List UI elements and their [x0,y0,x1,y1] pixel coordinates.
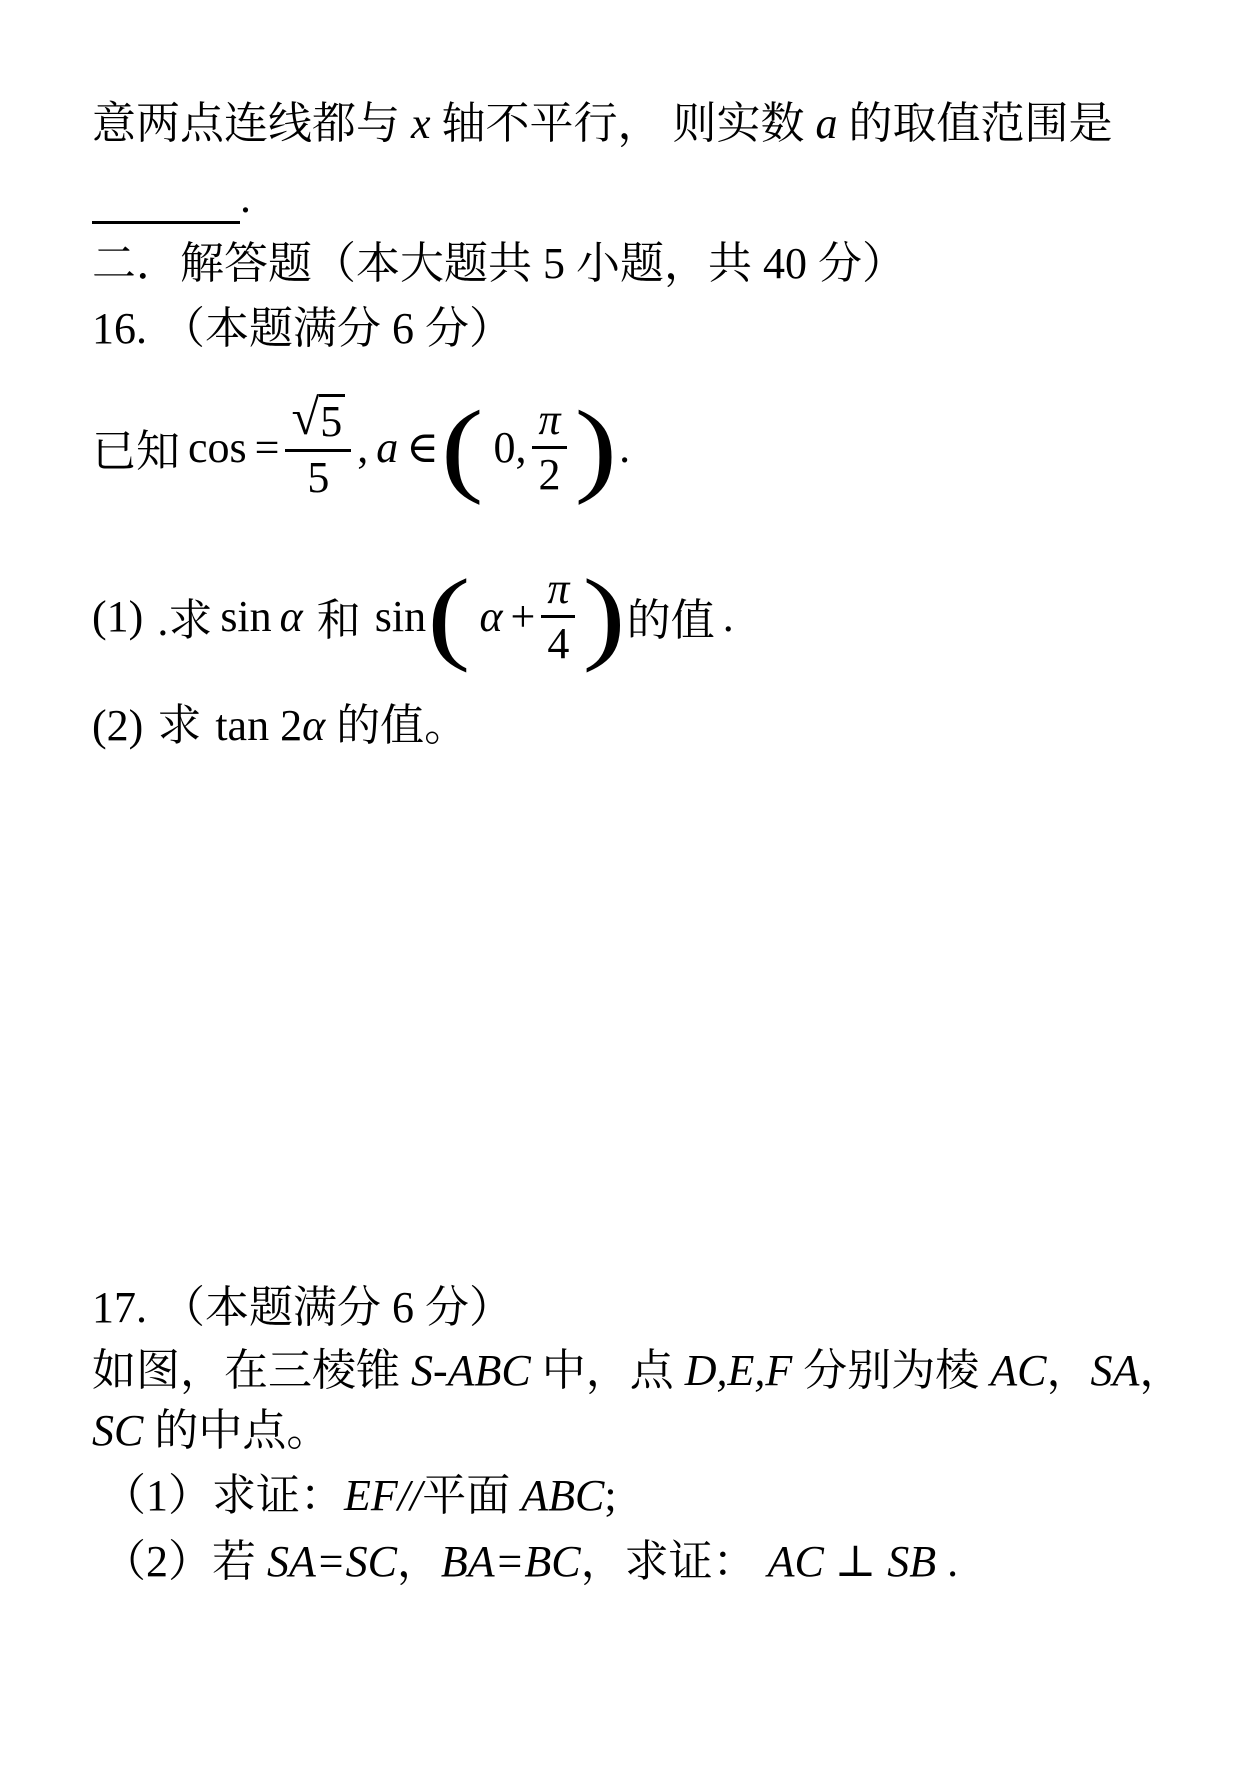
q17-text-mid2: 分别为棱 [792,1346,990,1395]
part1-pre: .求 [157,584,212,648]
fraction-pi-over-4: π 4 [541,565,575,667]
sin-function: sin [375,591,426,642]
q16-number: 16. [92,304,147,353]
q16-part2: (2)求tan 2α 的值。 [92,700,468,752]
item2-text-mid: ，求证： [581,1537,768,1586]
q16-title: （本题满分 6 分） [161,304,513,353]
alpha-symbol: α [479,591,502,642]
part1-label: (1) [92,591,143,642]
q17-text-post: 的中点。 [143,1406,330,1455]
q16-heading: 16.（本题满分 6 分） [92,303,513,355]
segment-ef: EF [344,1471,398,1520]
plane-abc: ABC [521,1471,604,1520]
intro-text-mid: 轴不平行， 则实数 [431,99,816,148]
given-prefix: 已知 [92,415,180,479]
fraction-denominator: 4 [541,615,575,668]
sin-function: sin [220,591,271,642]
points-def: D,E,F [685,1346,793,1395]
equals-sign: = [255,422,280,473]
item1-label: （1）求证： [102,1471,344,1520]
segment-sb: SB [887,1537,936,1586]
part2-suffix: 的值。 [325,701,468,750]
variable-x: x [411,99,431,148]
q17-heading: 17.（本题满分 6 分） [92,1282,513,1334]
part1-and: 和 [317,584,361,648]
segment-ac: AC [768,1537,824,1586]
comma: ， [1047,1346,1091,1395]
fraction-sqrt5-over-5: √5 5 [285,392,351,501]
item1-text: 平面 [422,1471,521,1520]
part2-pre: 求 [157,701,201,750]
equality-sa-sc: SA=SC [267,1537,397,1586]
comma: ， [1139,1346,1183,1395]
semicolon: ; [604,1471,616,1520]
q17-item1: （1）求证：EF//平面 ABC; [102,1470,617,1522]
q17-body-line2: SC 的中点。 [92,1405,330,1457]
tan-expression: tan 2 [215,701,302,750]
q17-item2: （2）若 SA=SC，BA=BC，求证： AC ⊥ SB . [102,1536,958,1588]
variable-a: a [816,99,838,148]
q17-title: （本题满分 6 分） [161,1283,513,1332]
q17-text-pre: 如图，在三棱锥 [92,1346,411,1395]
perpendicular-symbol: ⊥ [824,1537,887,1586]
period: . [619,422,630,473]
q17-text-mid1: 中，点 [531,1346,685,1395]
answer-blank-underline [92,194,240,224]
parallel-symbol: // [398,1471,422,1520]
q16-given-formula: 已知 cos = √5 5 , a ∈ ( 0, π 2 ) . [92,393,630,501]
intro-line: 意两点连线都与 x 轴不平行， 则实数 a 的取值范围是 [92,98,1113,150]
fraction-numerator: √5 [285,392,351,449]
fraction-denominator: 2 [532,446,566,499]
comma: ， [397,1537,441,1586]
comma: , [357,422,368,473]
label-s-abc: S-ABC [411,1346,531,1395]
edge-sa: SA [1091,1346,1140,1395]
edge-sc: SC [92,1406,143,1455]
pi-symbol: π [541,565,575,615]
answer-blank-row: . [92,186,251,224]
interval-lower: 0, [493,422,526,473]
part1-suffix: 的值 [627,584,715,648]
variable-a: a [376,422,398,473]
answer-blank-period: . [240,172,251,224]
plus-sign: + [511,591,536,642]
element-of-symbol: ∈ [406,422,439,473]
item2-label: （2）若 [102,1537,267,1586]
cos-function: cos [188,422,247,473]
q16-part1: (1) .求 sin α 和 sin ( α + π 4 ) 的值 . [92,560,734,672]
part2-label: (2) [92,701,143,750]
q17-body-line1: 如图，在三棱锥 S-ABC 中，点 D,E,F 分别为棱 AC，SA， [92,1345,1183,1397]
equality-ba-bc: BA=BC [441,1537,581,1586]
alpha-symbol: α [280,591,303,642]
period: . [936,1537,958,1586]
sqrt-icon: √ [291,390,319,445]
intro-text-post: 的取值范围是 [838,99,1113,148]
q17-number: 17. [92,1283,147,1332]
radicand: 5 [319,394,345,446]
intro-text-pre: 意两点连线都与 [92,99,411,148]
pi-symbol: π [532,396,566,446]
edge-ac: AC [990,1346,1046,1395]
exam-page: 意两点连线都与 x 轴不平行， 则实数 a 的取值范围是 . 二．解答题（本大题… [0,0,1260,1782]
fraction-denominator: 5 [285,449,351,502]
fraction-pi-over-2: π 2 [532,396,566,498]
section-heading: 二．解答题（本大题共 5 小题，共 40 分） [92,238,906,290]
period: . [723,591,734,642]
alpha-symbol: α [302,701,325,750]
